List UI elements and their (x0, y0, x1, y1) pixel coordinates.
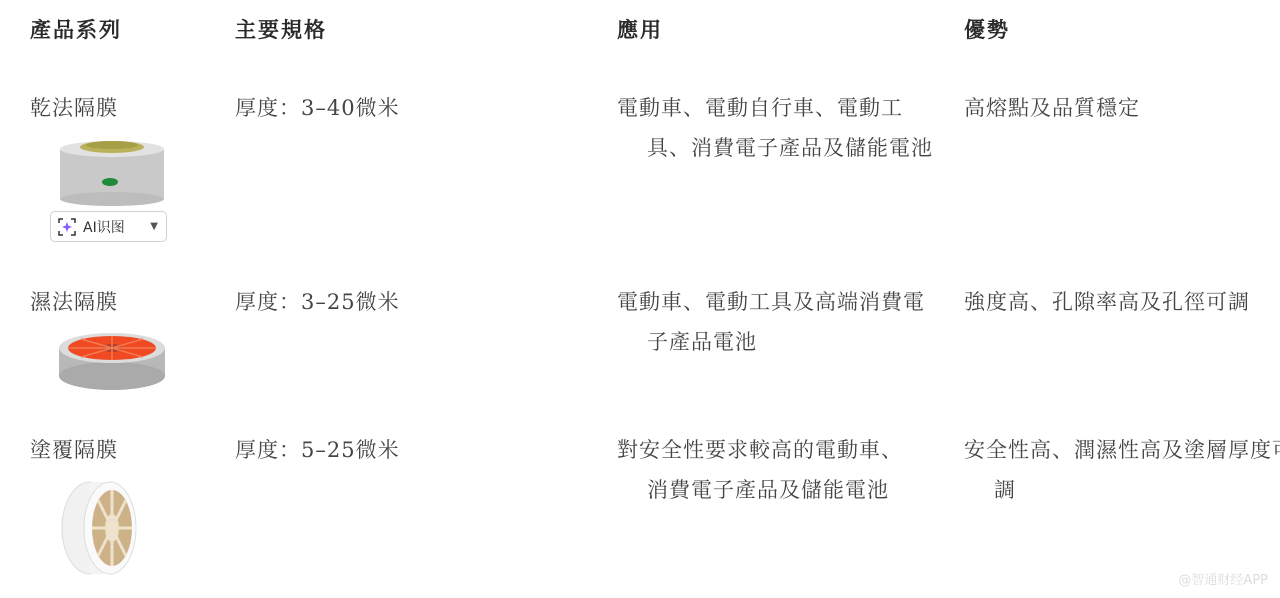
spec-value: 厚度：3–40微米 (235, 88, 400, 128)
series-name: 乾法隔膜 (30, 88, 118, 128)
advantage-value: 高熔點及品質穩定 (964, 88, 1280, 128)
application-value: 電動車、電動自行車、電動工具、消費電子產品及儲能電池 (617, 88, 937, 168)
chevron-down-icon: ▼ (150, 221, 158, 232)
ai-image-recognition-button[interactable]: AI识图 ▼ (50, 211, 167, 242)
table-header-series: 產品系列 (30, 14, 122, 44)
application-value: 電動車、電動工具及高端消費電子產品電池 (617, 282, 937, 362)
table-header-application: 應用 (617, 14, 663, 44)
watermark: @智通财经APP (1178, 569, 1268, 588)
spec-value: 厚度：5–25微米 (235, 430, 400, 470)
series-name: 塗覆隔膜 (30, 430, 118, 470)
application-value: 對安全性要求較高的電動車、消費電子產品及儲能電池 (617, 430, 919, 510)
table-header-spec: 主要規格 (235, 14, 327, 44)
advantage-value: 安全性高、潤濕性高及塗層厚度可調 (964, 430, 1280, 510)
coated-separator-roll-image (56, 478, 140, 578)
wet-separator-roll-image (57, 330, 167, 394)
spec-value: 厚度：3–25微米 (235, 282, 400, 322)
ai-button-label: AI识图 (83, 217, 125, 237)
series-name: 濕法隔膜 (30, 282, 118, 322)
advantage-value: 強度高、孔隙率高及孔徑可調 (964, 282, 1280, 322)
dry-separator-roll-image (58, 135, 166, 207)
ai-scan-icon (57, 217, 77, 237)
table-header-advantage: 優勢 (964, 14, 1010, 44)
